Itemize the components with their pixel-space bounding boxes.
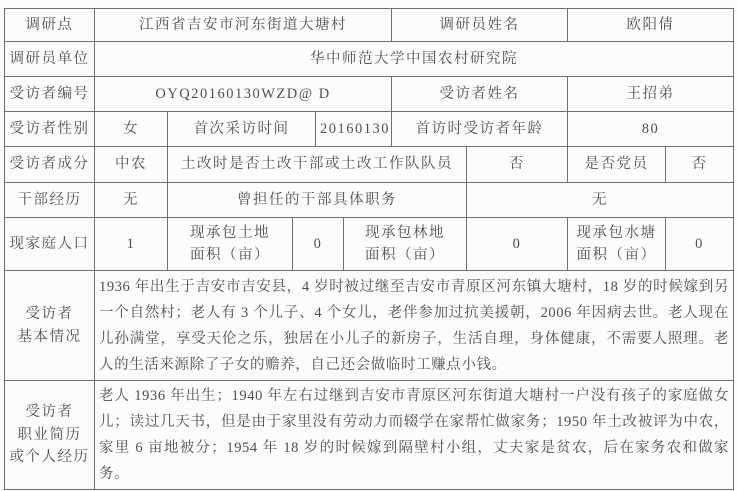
row-gender-date-age: 受访者性别 女 首次采访时间 20160130 首访时受访者年龄 80: [5, 112, 734, 147]
land-reform-cadre-label: 土改时是否土改干部或土改工作队队员: [168, 147, 467, 183]
site-value: 江西省吉安市河东街道大塘村: [95, 9, 392, 42]
forestland-value: 0: [467, 218, 568, 271]
land-reform-cadre-value: 否: [467, 147, 568, 183]
pond-value: 0: [666, 218, 734, 271]
row-site: 调研点 江西省吉安市河东街道大塘村 调研员姓名 欧阳倩: [5, 9, 734, 42]
cadre-experience-label: 干部经历: [5, 183, 95, 218]
respondent-id-label: 受访者编号: [5, 77, 95, 112]
first-interview-value: 20160130: [316, 112, 392, 147]
researcher-unit-label: 调研员单位: [5, 42, 95, 77]
family-size-label: 现家庭人口: [5, 218, 95, 271]
career-text: 老人 1936 年出生；1940 年左右过继到吉安市青原区河东街道大塘村一户没有…: [95, 381, 734, 490]
basic-info-text: 1936 年出生于吉安市吉安县，4 岁时被过继至吉安市青原区河东镇大塘村，18 …: [95, 271, 734, 381]
row-cadre-experience: 干部经历 无 曾担任的干部具体职务 无: [5, 183, 734, 218]
forestland-label: 现承包林地 面积（亩）: [344, 218, 467, 271]
researcher-name-value: 欧阳倩: [568, 9, 734, 42]
row-family-land: 现家庭人口 1 现承包土地 面积（亩） 0 现承包林地 面积（亩） 0 现承包水…: [5, 218, 734, 271]
respondent-id-value: OYQ20160130WZD@ D: [95, 77, 392, 112]
first-interview-label: 首次采访时间: [168, 112, 316, 147]
respondent-name-label: 受访者姓名: [392, 77, 568, 112]
first-age-label: 首访时受访者年龄: [392, 112, 568, 147]
site-label: 调研点: [5, 9, 95, 42]
class-status-label: 受访者成分: [5, 147, 95, 183]
scanned-survey-form-page: 调研点 江西省吉安市河东街道大塘村 调研员姓名 欧阳倩 调研员单位 华中师范大学…: [0, 0, 737, 491]
cadre-experience-value: 无: [95, 183, 168, 218]
survey-form-table: 调研点 江西省吉安市河东街道大塘村 调研员姓名 欧阳倩 调研员单位 华中师范大学…: [4, 8, 734, 490]
family-size-value: 1: [95, 218, 168, 271]
researcher-unit-value: 华中师范大学中国农村研究院: [95, 42, 734, 77]
farmland-label: 现承包土地 面积（亩）: [168, 218, 293, 271]
row-basic-info: 受访者 基本情况 1936 年出生于吉安市吉安县，4 岁时被过继至吉安市青原区河…: [5, 271, 734, 381]
party-member-value: 否: [666, 147, 734, 183]
researcher-name-label: 调研员姓名: [392, 9, 568, 42]
first-age-value: 80: [568, 112, 734, 147]
row-researcher-unit: 调研员单位 华中师范大学中国农村研究院: [5, 42, 734, 77]
pond-label: 现承包水塘 面积（亩）: [568, 218, 666, 271]
respondent-name-value: 王招弟: [568, 77, 734, 112]
class-status-value: 中农: [95, 147, 168, 183]
cadre-position-label: 曾担任的干部具体职务: [168, 183, 467, 218]
row-career: 受访者 职业简历 或个人经历 老人 1936 年出生；1940 年左右过继到吉安…: [5, 381, 734, 490]
basic-info-label: 受访者 基本情况: [5, 271, 95, 381]
career-label: 受访者 职业简历 或个人经历: [5, 381, 95, 490]
gender-label: 受访者性别: [5, 112, 95, 147]
gender-value: 女: [95, 112, 168, 147]
row-respondent-id: 受访者编号 OYQ20160130WZD@ D 受访者姓名 王招弟: [5, 77, 734, 112]
cadre-position-value: 无: [467, 183, 734, 218]
farmland-value: 0: [293, 218, 344, 271]
row-class-status: 受访者成分 中农 土改时是否土改干部或土改工作队队员 否 是否党员 否: [5, 147, 734, 183]
party-member-label: 是否党员: [568, 147, 666, 183]
